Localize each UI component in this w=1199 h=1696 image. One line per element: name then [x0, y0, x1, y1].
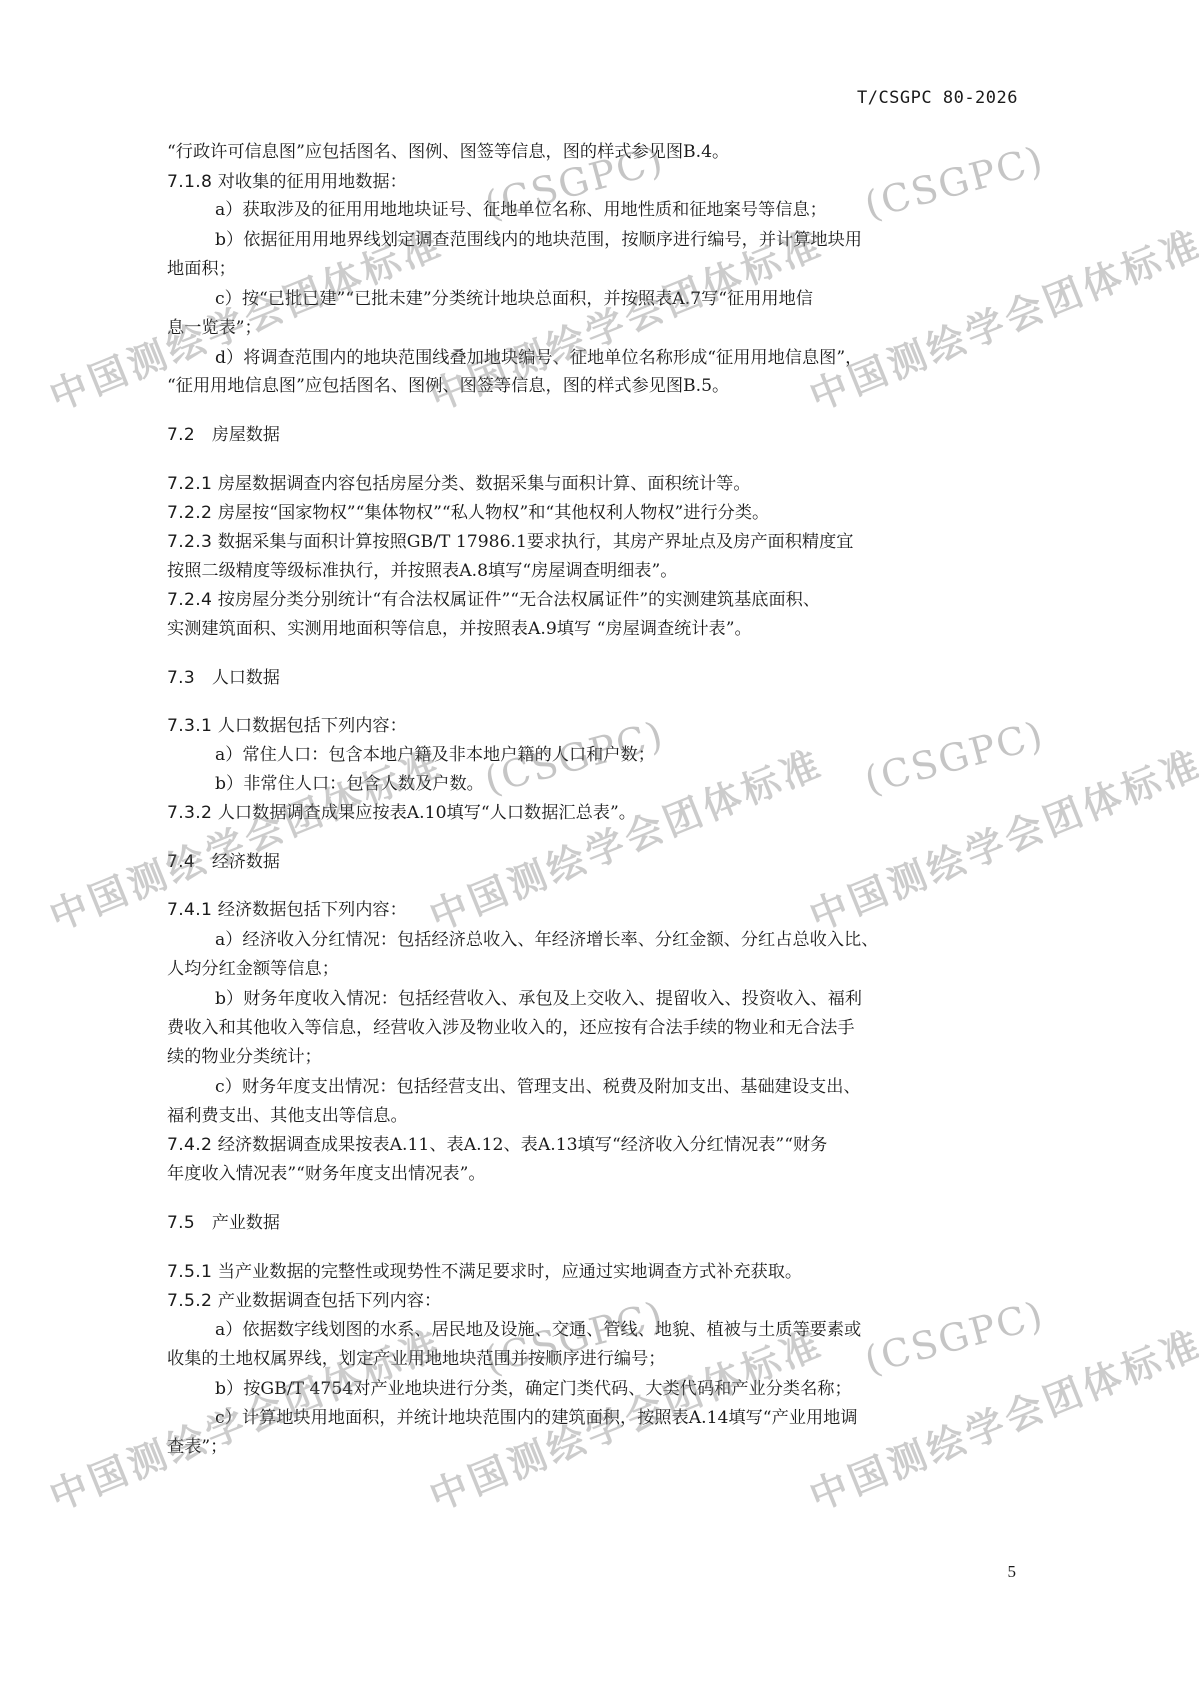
document-page: T/CSGPC 80-2026 “行政许可信息图”应包括图名、图例、图签等信息，…	[0, 0, 1199, 1696]
clause-text: 房屋按“国家物权”“集体物权”“私人物权”和“其他权利人物权”进行分类。	[212, 503, 769, 523]
watermark-text: 中国测绘学会团体标准	[800, 733, 1199, 941]
clause-7-3-2: 7.3.2 人口数据调查成果应按表A.10填写“人口数据汇总表”。	[167, 801, 636, 825]
list-item: c）按“已批已建”“已批未建”分类统计地块总面积，并按照表A.7写“征用用地信	[215, 287, 813, 311]
clause-number: 7.2.1	[167, 474, 212, 494]
section-number: 7.4	[167, 852, 195, 872]
clause-number: 7.4.2	[167, 1135, 212, 1155]
paragraph-line: 息一览表”；	[167, 316, 262, 340]
clause-number: 7.3.1	[167, 716, 212, 736]
list-item: a）常住人口：包含本地户籍及非本地户籍的人口和户数；	[215, 743, 655, 767]
section-number: 7.2	[167, 425, 195, 445]
clause-7-1-8: 7.1.8 对收集的征用用地数据：	[167, 170, 407, 194]
clause-text: 产业数据调查包括下列内容：	[212, 1291, 441, 1311]
page-number: 5	[1008, 1562, 1017, 1582]
clause-text: 经济数据包括下列内容：	[212, 900, 407, 920]
paragraph-line: 地面积；	[167, 257, 236, 281]
clause-text: 按房屋分类分别统计“有合法权属证件”“无合法权属证件”的实测建筑基底面积、	[212, 590, 820, 610]
section-title: 产业数据	[195, 1213, 280, 1233]
paragraph-line: 实测建筑面积、实测用地面积等信息，并按照表A.9填写 “房屋调查统计表”。	[167, 617, 752, 641]
clause-7-5-1: 7.5.1 当产业数据的完整性或现势性不满足要求时，应通过实地调查方式补充获取。	[167, 1260, 802, 1284]
clause-number: 7.2.4	[167, 590, 212, 610]
paragraph-line: 查表”；	[167, 1435, 227, 1459]
section-title: 房屋数据	[195, 425, 280, 445]
watermark-text: 中国测绘学会团体标准	[800, 1313, 1199, 1521]
clause-7-4-2: 7.4.2 经济数据调查成果按表A.11、表A.12、表A.13填写“经济收入分…	[167, 1133, 827, 1157]
section-title: 人口数据	[195, 668, 280, 688]
document-code: T/CSGPC 80-2026	[857, 88, 1018, 108]
clause-7-2-4: 7.2.4 按房屋分类分别统计“有合法权属证件”“无合法权属证件”的实测建筑基底…	[167, 588, 820, 612]
clause-text: 当产业数据的完整性或现势性不满足要求时，应通过实地调查方式补充获取。	[212, 1262, 802, 1282]
paragraph-line: 费收入和其他收入等信息，经营收入涉及物业收入的，还应按有合法手续的物业和无合法手	[167, 1016, 855, 1040]
clause-7-4-1: 7.4.1 经济数据包括下列内容：	[167, 898, 407, 922]
clause-text: 经济数据调查成果按表A.11、表A.12、表A.13填写“经济收入分红情况表”“…	[212, 1135, 827, 1155]
section-heading-7-4: 7.4 经济数据	[167, 850, 280, 874]
clause-7-2-3: 7.2.3 数据采集与面积计算按照GB/T 17986.1要求执行，其房产界址点…	[167, 530, 853, 554]
paragraph-line: 收集的土地权属界线，划定产业用地地块范围并按顺序进行编号；	[167, 1347, 665, 1371]
clause-number: 7.4.1	[167, 900, 212, 920]
list-item: b）依据征用用地界线划定调查范围线内的地块范围，按顺序进行编号，并计算地块用	[215, 228, 862, 252]
list-item: c）计算地块用地面积，并统计地块范围内的建筑面积，按照表A.14填写“产业用地调	[215, 1406, 858, 1430]
section-number: 7.5	[167, 1213, 195, 1233]
list-item: a）经济收入分红情况：包括经济总收入、年经济增长率、分红金额、分红占总收入比、	[215, 928, 878, 952]
clause-text: 数据采集与面积计算按照GB/T 17986.1要求执行，其房产界址点及房产面积精…	[212, 532, 853, 552]
paragraph-line: 续的物业分类统计；	[167, 1045, 322, 1069]
list-item: a）获取涉及的征用用地地块证号、征地单位名称、用地性质和征地案号等信息；	[215, 198, 827, 222]
paragraph-line: “行政许可信息图”应包括图名、图例、图签等信息，图的样式参见图B.4。	[167, 140, 729, 164]
paragraph-line: 年度收入情况表”“财务年度支出情况表”。	[167, 1162, 486, 1186]
clause-text: 对收集的征用用地数据：	[212, 172, 407, 192]
watermark-text: (CSGPC)	[860, 712, 1049, 802]
clause-number: 7.2.2	[167, 503, 212, 523]
paragraph-line: 人均分红金额等信息；	[167, 957, 339, 981]
clause-number: 7.3.2	[167, 803, 212, 823]
watermark-text: (CSGPC)	[860, 1292, 1049, 1382]
clause-7-2-2: 7.2.2 房屋按“国家物权”“集体物权”“私人物权”和“其他权利人物权”进行分…	[167, 501, 769, 525]
clause-7-2-1: 7.2.1 房屋数据调查内容包括房屋分类、数据采集与面积计算、面积统计等。	[167, 472, 751, 496]
section-heading-7-2: 7.2 房屋数据	[167, 423, 280, 447]
clause-number: 7.2.3	[167, 532, 212, 552]
section-heading-7-5: 7.5 产业数据	[167, 1211, 280, 1235]
clause-number: 7.5.1	[167, 1262, 212, 1282]
clause-number: 7.5.2	[167, 1291, 212, 1311]
section-number: 7.3	[167, 668, 195, 688]
clause-text: 人口数据调查成果应按表A.10填写“人口数据汇总表”。	[212, 803, 636, 823]
section-title: 经济数据	[195, 852, 280, 872]
section-heading-7-3: 7.3 人口数据	[167, 666, 280, 690]
list-item: a）依据数字线划图的水系、居民地及设施、交通、管线、地貌、植被与土质等要素或	[215, 1318, 861, 1342]
list-item: b）按GB/T 4754对产业地块进行分类，确定门类代码、大类代码和产业分类名称…	[215, 1377, 852, 1401]
list-item: d）将调查范围内的地块范围线叠加地块编号、征地单位名称形成“征用用地信息图”，	[215, 346, 862, 370]
clause-text: 人口数据包括下列内容：	[212, 716, 407, 736]
clause-7-5-2: 7.5.2 产业数据调查包括下列内容：	[167, 1289, 441, 1313]
watermark-text: (CSGPC)	[860, 137, 1049, 227]
clause-number: 7.1.8	[167, 172, 212, 192]
list-item: c）财务年度支出情况：包括经营支出、管理支出、税费及附加支出、基础建设支出、	[215, 1075, 861, 1099]
list-item: b）财务年度收入情况：包括经营收入、承包及上交收入、提留收入、投资收入、福利	[215, 987, 862, 1011]
paragraph-line: 福利费支出、其他支出等信息。	[167, 1104, 408, 1128]
paragraph-line: “征用用地信息图”应包括图名、图例、图签等信息，图的样式参见图B.5。	[167, 374, 729, 398]
list-item: b）非常住人口：包含人数及户数。	[215, 772, 484, 796]
clause-7-3-1: 7.3.1 人口数据包括下列内容：	[167, 714, 407, 738]
paragraph-line: 按照二级精度等级标准执行，并按照表A.8填写“房屋调查明细表”。	[167, 559, 677, 583]
clause-text: 房屋数据调查内容包括房屋分类、数据采集与面积计算、面积统计等。	[212, 474, 750, 494]
